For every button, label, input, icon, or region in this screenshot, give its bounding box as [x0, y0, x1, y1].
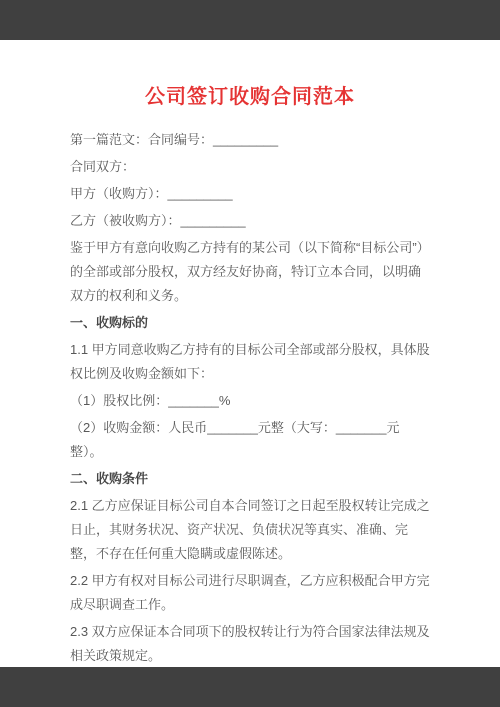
document-title: 公司签订收购合同范本: [70, 82, 430, 112]
bottom-letterbox-bar: [0, 667, 500, 707]
paragraph: 乙方（被收购方）：_________: [70, 209, 430, 233]
section-heading: 二、收购条件: [70, 467, 430, 491]
paragraph: 甲方（收购方）：_________: [70, 182, 430, 206]
paragraph: 2.3 双方应保证本合同项下的股权转让行为符合国家法律法规及相关政策规定。: [70, 620, 430, 667]
paragraph: 第一篇范文：合同编号：_________: [70, 128, 430, 152]
paragraph: 鉴于甲方有意向收购乙方持有的某公司（以下简称“目标公司”）的全部或部分股权，双方…: [70, 236, 430, 308]
paragraph: （1）股权比例：_______%: [70, 389, 430, 413]
paragraph: 合同双方：: [70, 155, 430, 179]
document-page: 公司签订收购合同范本 第一篇范文：合同编号：_________合同双方：甲方（收…: [0, 40, 500, 667]
paragraph: 1.1 甲方同意收购乙方持有的目标公司全部或部分股权，具体股权比例及收购金额如下…: [70, 338, 430, 386]
document-body: 第一篇范文：合同编号：_________合同双方：甲方（收购方）：_______…: [70, 128, 430, 667]
document-viewer: 公司签订收购合同范本 第一篇范文：合同编号：_________合同双方：甲方（收…: [0, 0, 500, 707]
paragraph: （2）收购金额：人民币_______元整（大写：_______元整）。: [70, 416, 430, 464]
paragraph: 2.2 甲方有权对目标公司进行尽职调查，乙方应积极配合甲方完成尽职调查工作。: [70, 569, 430, 617]
paragraph: 2.1 乙方应保证目标公司自本合同签订之日起至股权转让完成之日止，其财务状况、资…: [70, 494, 430, 566]
top-letterbox-bar: [0, 0, 500, 40]
section-heading: 一、收购标的: [70, 311, 430, 335]
